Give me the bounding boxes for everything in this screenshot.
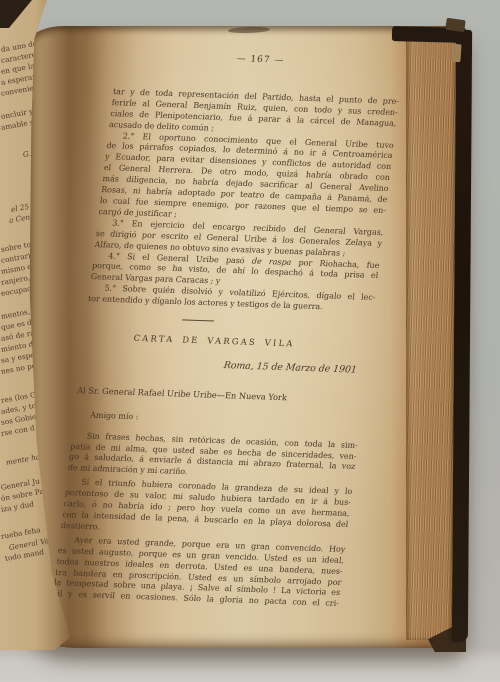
open-book-right-page: — 167 — tar y de toda representación del… — [30, 26, 468, 648]
body-text-segment: por Riohacha, fue — [291, 257, 380, 269]
page-number: — 167 — — [117, 50, 404, 71]
book-cover-corner — [445, 18, 465, 33]
book-cover-edge — [452, 30, 472, 642]
section-rule — [182, 319, 214, 321]
letter-salutation: Amigo mío : — [74, 410, 361, 431]
table-surface — [0, 646, 500, 682]
letter-address: Al Sr. General Rafael Uribe Uribe—En Nue… — [77, 385, 364, 406]
book-cover-corner-wear — [451, 44, 461, 63]
letter-heading: CARTA DE VARGAS VILA — [133, 333, 370, 352]
photo-scene: — 167 — tar y de toda representación del… — [0, 0, 500, 682]
page-text-block: — 167 — tar y de toda representación del… — [52, 50, 404, 610]
body-text-segment-italic: de raspa — [251, 256, 291, 266]
letter-dateline: Roma, 15 de Marzo de 1901 — [80, 356, 357, 377]
